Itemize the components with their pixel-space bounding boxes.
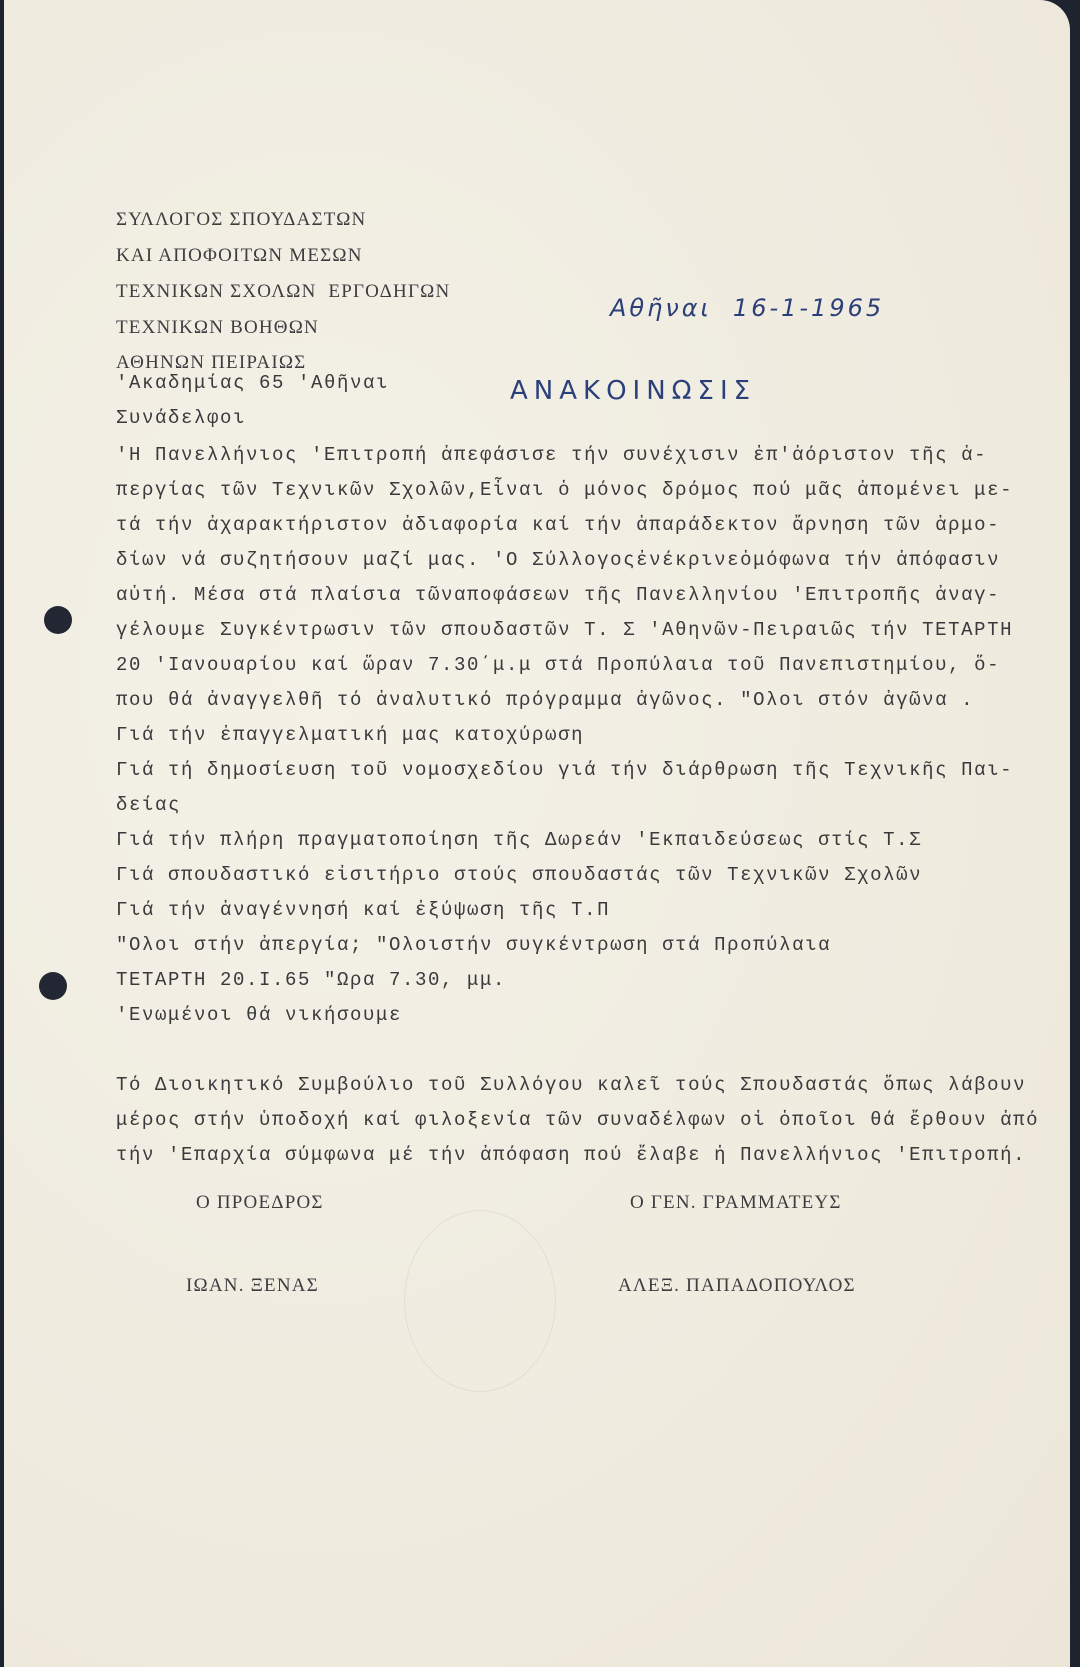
letterhead-line: ΤΕΧΝΙΚΩΝ ΒΟΗΘΩΝ: [116, 318, 319, 337]
paragraph-line: Τό Διοικητικό Συμβούλιο τοῦ Συλλόγου καλ…: [116, 1076, 1026, 1095]
salutation: Συνάδελφοι: [116, 409, 246, 428]
paragraph-line: δίων νά συζητήσουν μαζί μας. 'Ο Σύλλογος…: [116, 551, 1000, 570]
letterhead-line: ΣΥΛΛΟΓΟΣ ΣΠΟΥΔΑΣΤΩΝ: [116, 210, 366, 229]
demand-line: δείας: [116, 796, 181, 815]
handwritten-place-date: Αθῆναι 16-1-1965: [610, 296, 884, 320]
paragraph-line: που θά ἀναγγελθῆ τό ἀναλυτικό πρόγραμμα …: [116, 691, 974, 710]
paragraph-line: αὐτή. Μέσα στά πλαίσια τῶναποφάσεων τῆς …: [116, 586, 1000, 605]
address: 'Ακαδημίας 65 'Αθῆναι: [116, 374, 389, 393]
demand-line: Γιά τή δημοσίευση τοῦ νομοσχεδίου γιά τή…: [116, 761, 1013, 780]
signature-title: Ο ΠΡΟΕΔΡΟΣ: [196, 1193, 324, 1212]
demand-line: "Ολοι στήν ἀπεργία; "Ολοιστήν συγκέντρωσ…: [116, 936, 831, 955]
demand-line: Γιά τήν πλήρη πραγματοποίηση τῆς Δωρεάν …: [116, 831, 922, 850]
demand-line: Γιά σπουδαστικό εἰσιτήριο στούς σπουδαστ…: [116, 866, 922, 885]
demand-line: ΤΕΤΑΡΤΗ 20.Ι.65 "Ωρα 7.30, μμ.: [116, 971, 506, 990]
paragraph-line: 'Η Πανελλήνιος 'Επιτροπή ἀπεφάσισε τήν σ…: [116, 446, 987, 465]
punch-hole-bottom: [39, 972, 67, 1000]
punch-hole-top: [44, 606, 72, 634]
letterhead-line: ΚΑΙ ΑΠΟΦΟΙΤΩΝ ΜΕΣΩΝ: [116, 246, 363, 265]
demand-line: Γιά τήν ἐπαγγελματική μας κατοχύρωση: [116, 726, 584, 745]
paragraph-line: γέλουμε Συγκέντρωσιν τῶν σπουδαστῶν Τ. Σ…: [116, 621, 1013, 640]
handwritten-title: ΑΝΑΚΟΙΝΩΣΙΣ: [510, 378, 756, 404]
demand-line: 'Ενωμένοι θά νικήσουμε: [116, 1006, 402, 1025]
paragraph-line: 20 'Ιανουαρίου καί ὥραν 7.30΄μ.μ στά Προ…: [116, 656, 1000, 675]
letterhead-line: ΑΘΗΝΩΝ ΠΕΙΡΑΙΩΣ: [116, 353, 306, 372]
signature-name: ΙΩΑΝ. ΞΕΝΑΣ: [186, 1276, 319, 1295]
document-page: ΣΥΛΛΟΓΟΣ ΣΠΟΥΔΑΣΤΩΝ ΚΑΙ ΑΠΟΦΟΙΤΩΝ ΜΕΣΩΝ …: [4, 0, 1070, 1667]
signature-title: Ο ΓΕΝ. ΓΡΑΜΜΑΤΕΥΣ: [630, 1193, 842, 1212]
paragraph-line: μέρος στήν ὑποδοχή καί φιλοξενία τῶν συν…: [116, 1111, 1039, 1130]
paragraph-line: τήν 'Επαρχία σύμφωνα μέ τήν ἀπόφαση πού …: [116, 1146, 1026, 1165]
faded-stamp: [404, 1210, 556, 1392]
signature-name: ΑΛΕΞ. ΠΑΠΑΔΟΠΟΥΛΟΣ: [618, 1276, 856, 1295]
paragraph-line: τά τήν ἀχαρακτήριστον ἀδιαφορία καί τήν …: [116, 516, 1000, 535]
demand-line: Γιά τήν ἀναγέννησή καί ἐξύψωση τῆς Τ.Π: [116, 901, 610, 920]
paragraph-line: περγίας τῶν Τεχνικῶν Σχολῶν,Εἶναι ὁ μόνο…: [116, 481, 1013, 500]
letterhead-line: ΤΕΧΝΙΚΩΝ ΣΧΟΛΩΝ ΕΡΓΟΔΗΓΩΝ: [116, 282, 450, 301]
